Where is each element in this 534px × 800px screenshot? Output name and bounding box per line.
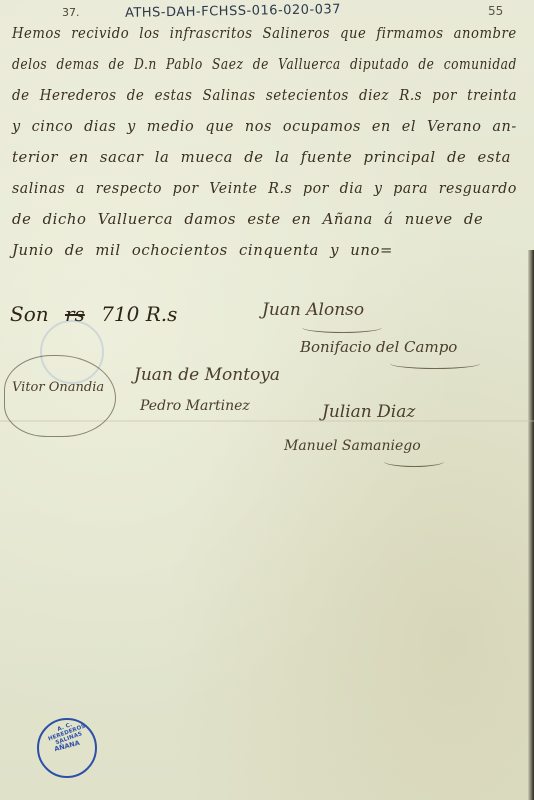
signature-bonifacio-del-campo: Bonifacio del Campo <box>300 338 480 369</box>
archive-stamp: A. C. HEREDEROS SALINAS AÑANA <box>37 718 97 778</box>
body-line: Hemos recivido los infrascritos Salinero… <box>12 18 462 49</box>
body-line: delos demas de D.n Pablo Saez de Valluer… <box>12 49 431 80</box>
rubric-flourish <box>384 456 444 467</box>
signature-manuel-samaniego: Manuel Samaniego <box>284 438 444 467</box>
signature-text: Juan de Montoya <box>134 365 280 385</box>
body-line: de dicho Valluerca damos este en Añana á… <box>12 204 517 235</box>
amount-total: Son rs 710 R.s <box>10 302 177 326</box>
signature-text: Vitor Onandia <box>12 380 104 395</box>
body-line: terior en sacar la mueca de la fuente pr… <box>12 142 517 173</box>
folio-number-right: 55 <box>488 4 503 18</box>
signature-text: Bonifacio del Campo <box>300 338 457 356</box>
body-line: de Herederos de estas Salinas seteciento… <box>12 80 470 111</box>
signature-enclosure-flourish <box>4 355 116 437</box>
receipt-body: Hemos recivido los infrascritos Salinero… <box>12 18 524 266</box>
signature-juan-de-montoya: Juan de Montoya <box>134 365 280 385</box>
signature-pedro-martinez: Pedro Martinez <box>140 398 250 414</box>
signature-julian-diaz: Julian Diaz <box>322 402 415 422</box>
rubric-flourish <box>302 322 382 333</box>
body-line: Junio de mil ochocientos cinquenta y uno… <box>12 235 517 266</box>
body-line: y cinco dias y medio que nos ocupamos en… <box>12 111 504 142</box>
page-edge-shadow <box>528 250 534 800</box>
amount-prefix: Son <box>10 302 49 326</box>
signature-juan-alonso: Juan Alonso <box>262 300 382 333</box>
signature-text: Pedro Martinez <box>140 398 250 414</box>
amount-value: 710 R.s <box>101 302 177 326</box>
amount-struck-text: rs <box>65 302 85 326</box>
manuscript-page: 37. ATHS-DAH-FCHSS-016-020-037 55 Hemos … <box>0 0 534 800</box>
rubric-flourish <box>390 358 480 369</box>
signature-text: Manuel Samaniego <box>284 438 421 454</box>
signature-vitor-onandia: Vitor Onandia <box>12 380 104 395</box>
signature-text: Juan Alonso <box>262 300 364 320</box>
signature-text: Julian Diaz <box>322 402 415 422</box>
body-line: salinas a respecto por Veinte R.s por di… <box>12 173 493 204</box>
